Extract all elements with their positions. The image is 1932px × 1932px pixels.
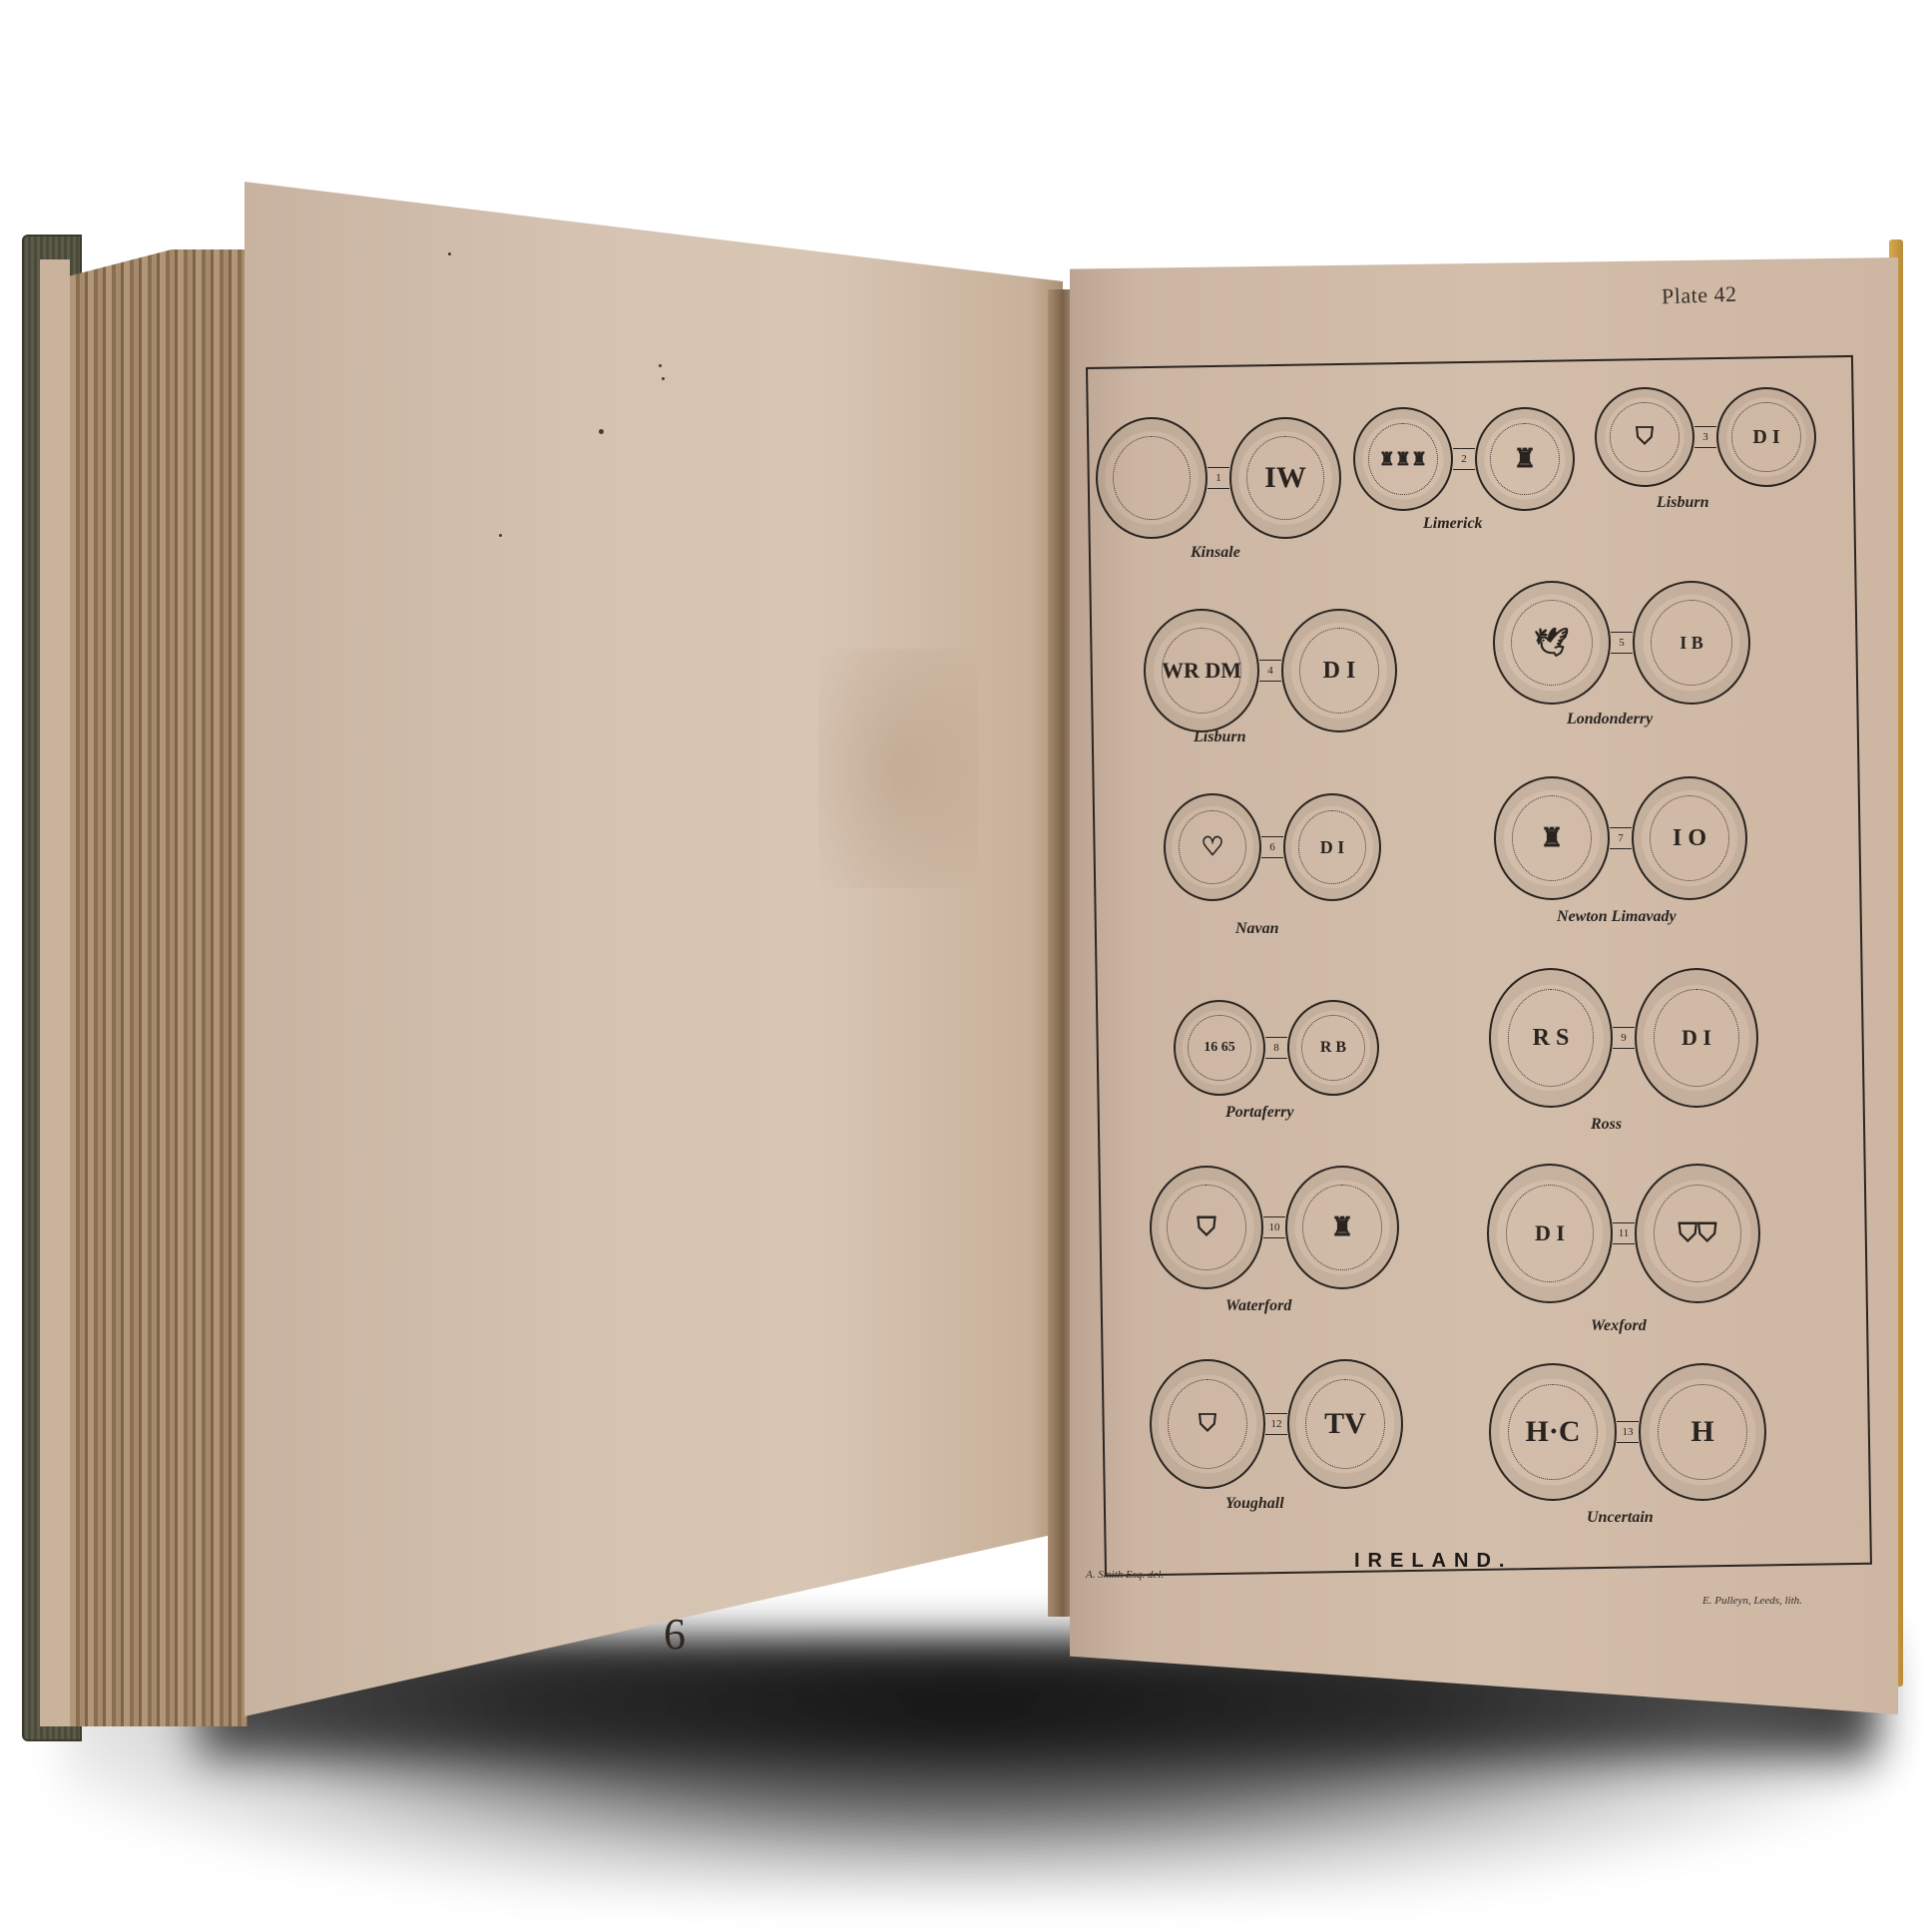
token-pair-1: 1 IW [1096, 417, 1341, 539]
token-pair-5: 🕊 5 I B [1493, 581, 1750, 705]
coin-reverse: IW [1229, 417, 1341, 539]
token-pair-7: ♜ 7 I O [1494, 776, 1747, 900]
plate-number-tag: 9 [1613, 1027, 1635, 1049]
foxing-spot [599, 429, 604, 434]
coin-reverse: D I [1716, 387, 1816, 487]
token-caption: Ross [1591, 1116, 1622, 1134]
plate-number-tag: 7 [1610, 827, 1632, 849]
plate-number-tag: 8 [1265, 1037, 1287, 1059]
handwritten-mark: 6 [664, 1609, 686, 1660]
plate-number-tag: 6 [1261, 836, 1283, 858]
token-caption: Navan [1235, 920, 1279, 938]
coin-reverse: ♜ [1285, 1166, 1399, 1289]
token-caption: Newton Limavady [1557, 908, 1677, 926]
coin-obverse: 🕊 [1493, 581, 1611, 705]
page-stack-front [40, 259, 70, 1726]
coin-reverse: D I [1281, 609, 1397, 732]
plate-region-title: IRELAND. [1354, 1550, 1512, 1573]
plate-number-tag: 2 [1453, 448, 1475, 470]
plate-number-tag: 4 [1259, 660, 1281, 682]
token-caption: Waterford [1225, 1297, 1291, 1315]
token-caption: Wexford [1591, 1317, 1647, 1335]
coin-reverse: TV [1287, 1359, 1403, 1489]
coin-reverse: ♜ [1475, 407, 1575, 511]
coin-reverse: H [1639, 1363, 1766, 1501]
token-pair-12: ⛉ 12 TV [1150, 1359, 1403, 1489]
foxing-spot [448, 252, 451, 255]
coin-obverse: R S [1489, 968, 1613, 1108]
coin-obverse: H·C [1489, 1363, 1617, 1501]
plate-number-tag: 5 [1611, 632, 1633, 654]
token-caption: Londonderry [1567, 711, 1653, 728]
coin-obverse: WR DM [1144, 609, 1259, 732]
token-caption: Uncertain [1587, 1509, 1654, 1527]
plate-number-tag: 13 [1617, 1421, 1639, 1443]
token-pair-10: ⛉ 10 ♜ [1150, 1166, 1399, 1289]
token-caption: Youghall [1225, 1495, 1284, 1513]
foxing-spot [659, 364, 662, 367]
plate-number-tag: 3 [1694, 426, 1716, 448]
token-caption: Kinsale [1191, 544, 1240, 562]
coin-obverse: ⛉ [1150, 1359, 1265, 1489]
plate-number-tag: 10 [1263, 1216, 1285, 1238]
coin-reverse: I B [1633, 581, 1750, 705]
coin-obverse: ⛉ [1595, 387, 1694, 487]
plate-number: Plate 42 [1662, 281, 1737, 310]
foxing-spot [499, 534, 502, 537]
token-caption: Lisburn [1657, 494, 1708, 512]
token-pair-2: ♜♜♜ 2 ♜ [1353, 407, 1575, 511]
coin-reverse: D I [1283, 793, 1381, 901]
coin-obverse: ♜♜♜ [1353, 407, 1453, 511]
coin-obverse: ♜ [1494, 776, 1610, 900]
token-caption: Limerick [1423, 515, 1483, 533]
foxing-spot [662, 377, 665, 380]
coin-obverse: D I [1487, 1164, 1613, 1303]
coin-reverse: D I [1635, 968, 1758, 1108]
left-page [244, 182, 1063, 1716]
coin-reverse: ⛉⛉ [1635, 1164, 1760, 1303]
token-pair-3: ⛉ 3 D I [1595, 387, 1816, 487]
token-pair-11: D I 11 ⛉⛉ [1487, 1164, 1760, 1303]
page-block-edge [58, 249, 247, 1726]
artist-credit: A. Smith Esq. del. [1086, 1569, 1164, 1581]
token-pair-9: R S 9 D I [1489, 968, 1758, 1108]
page-stain [818, 649, 978, 888]
token-caption: Lisburn [1194, 728, 1245, 746]
coin-obverse: 16 65 [1174, 1000, 1265, 1096]
token-pair-6: ♡ 6 D I [1164, 793, 1381, 901]
plate-number-tag: 1 [1207, 467, 1229, 489]
plate-number-tag: 12 [1265, 1413, 1287, 1435]
coin-obverse [1096, 417, 1207, 539]
token-caption: Portaferry [1225, 1104, 1293, 1122]
token-pair-8: 16 65 8 R B [1174, 1000, 1379, 1096]
plate-number-tag: 11 [1613, 1222, 1635, 1244]
coin-reverse: I O [1632, 776, 1747, 900]
token-pair-4: WR DM 4 D I [1144, 609, 1397, 732]
coin-obverse: ⛉ [1150, 1166, 1263, 1289]
token-pair-13: H·C 13 H [1489, 1363, 1766, 1501]
coin-obverse: ♡ [1164, 793, 1261, 901]
coin-reverse: R B [1287, 1000, 1379, 1096]
lithographer-credit: E. Pulleyn, Leeds, lith. [1702, 1595, 1802, 1607]
